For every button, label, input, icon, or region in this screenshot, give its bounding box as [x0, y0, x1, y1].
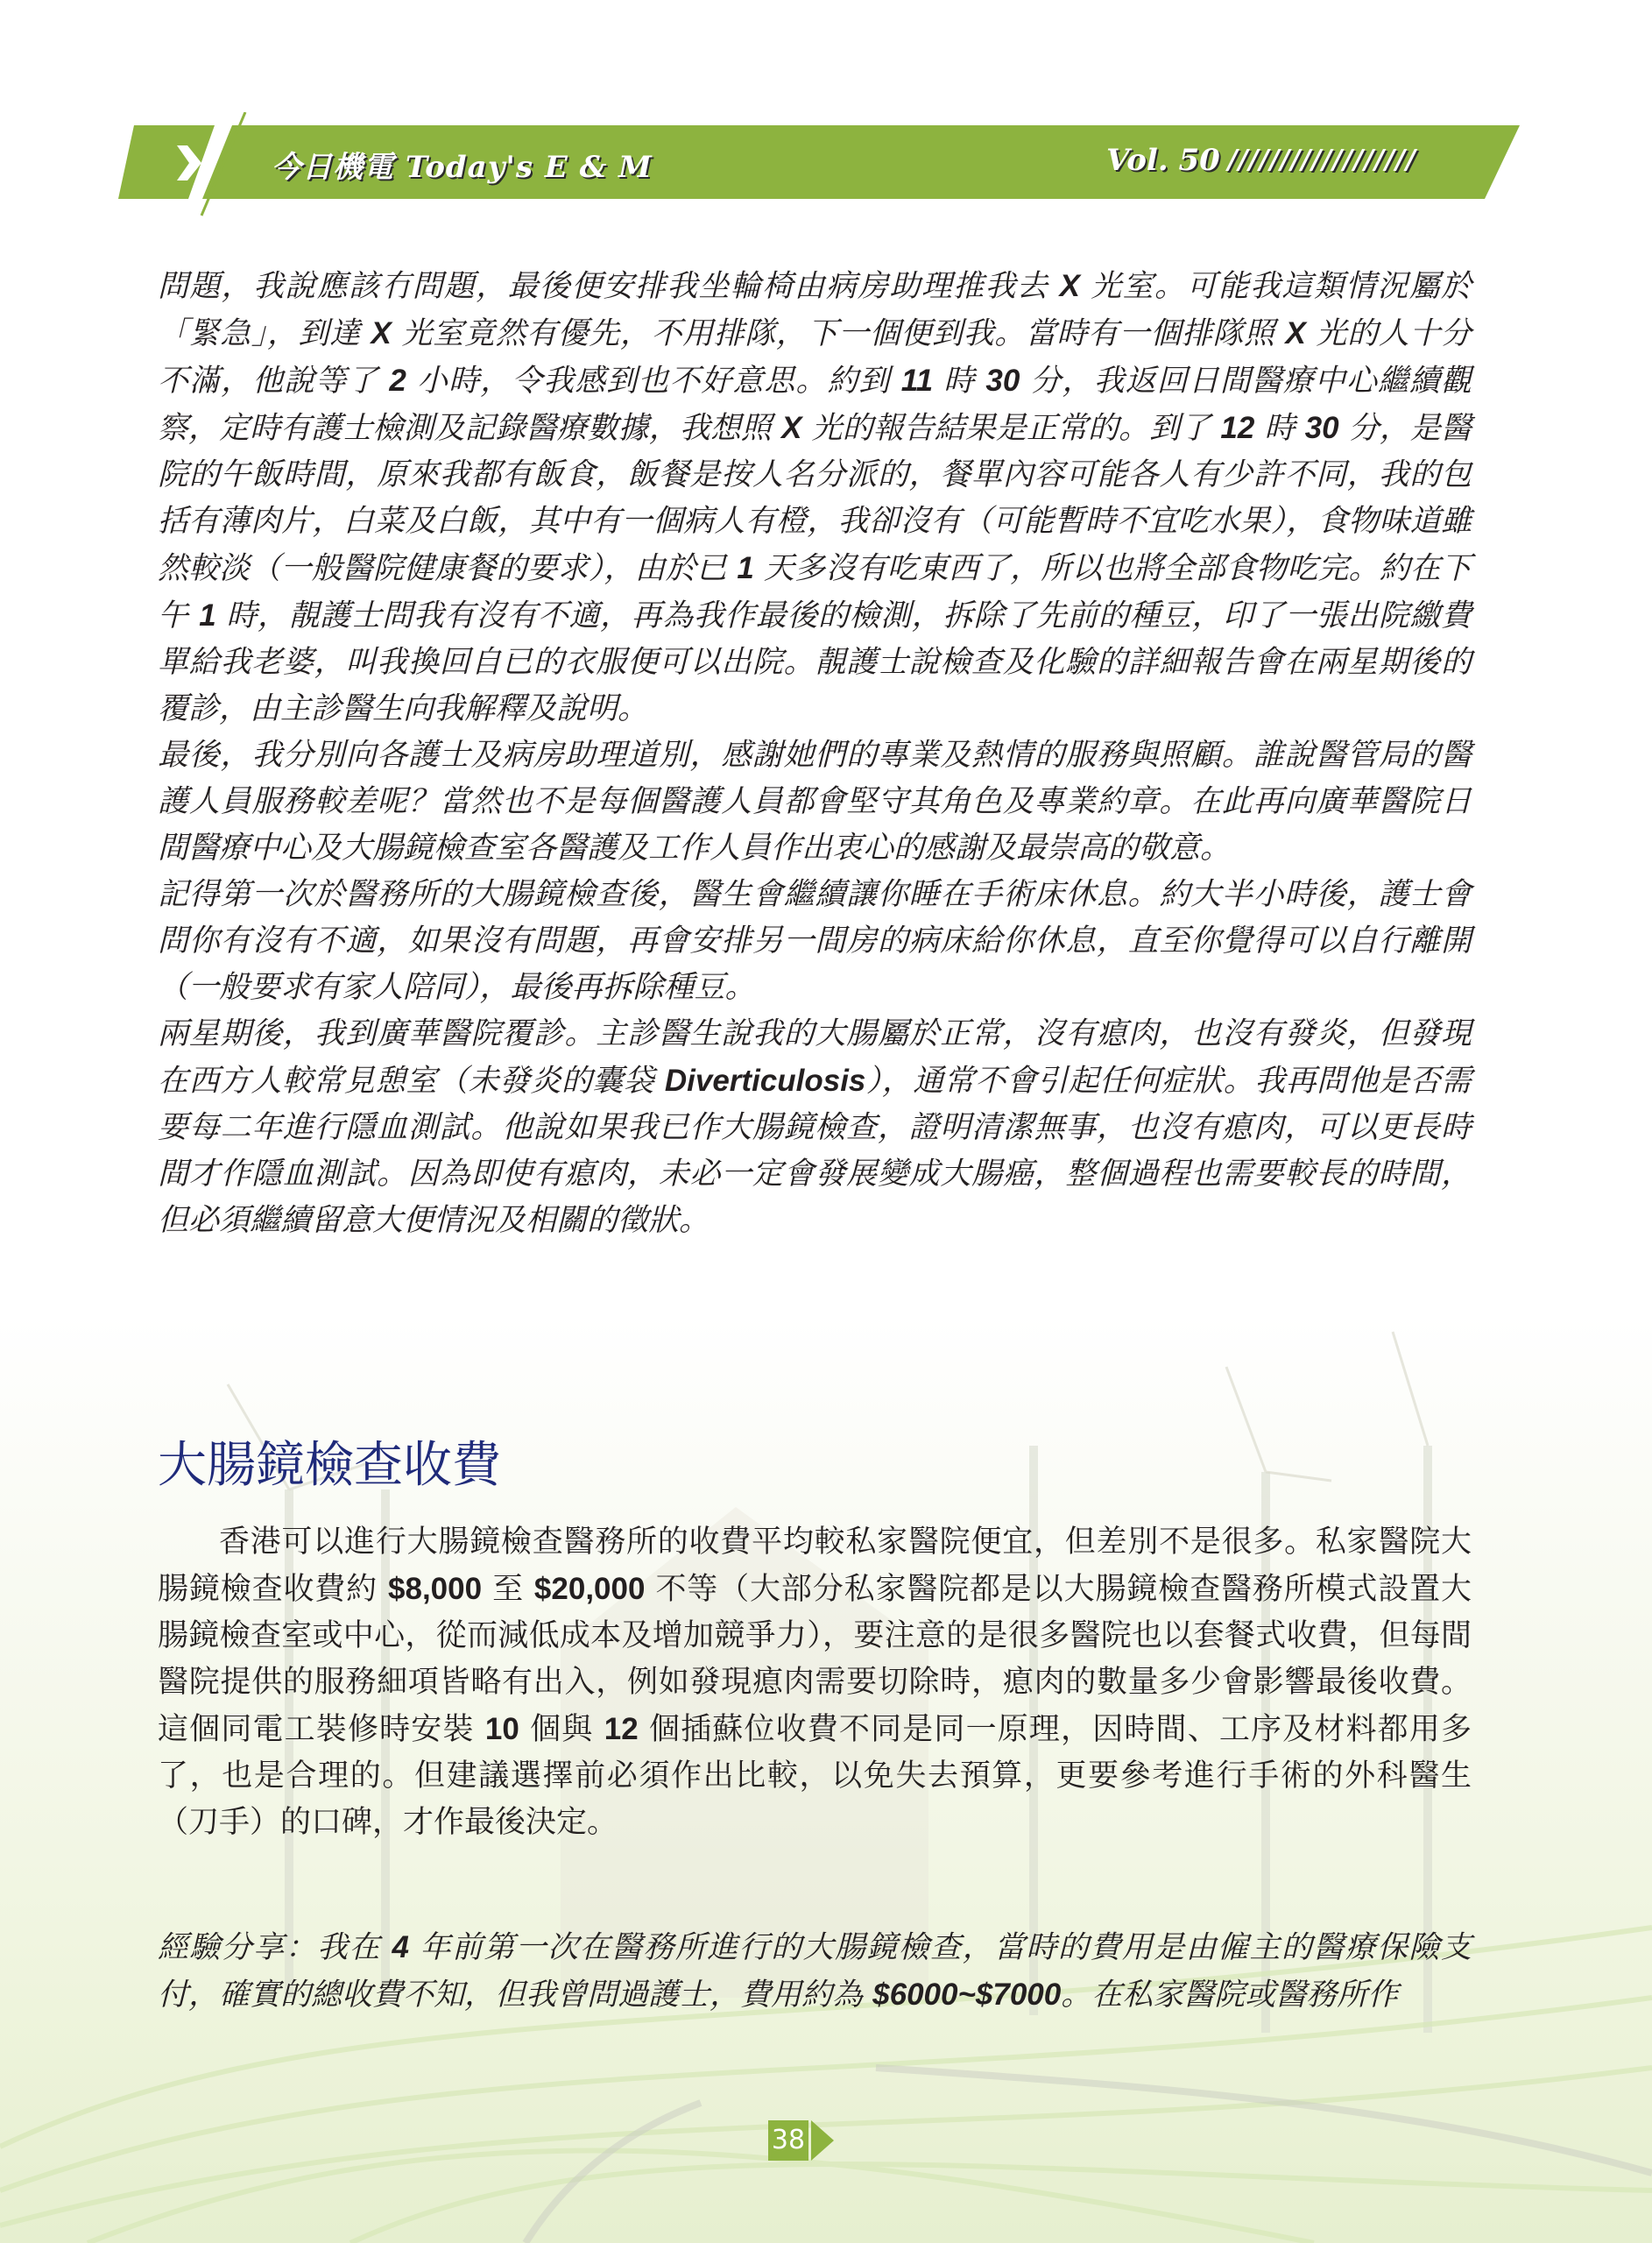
header-divider-slash: [197, 112, 250, 217]
volume-label: Vol. 50: [1106, 143, 1220, 178]
decorative-slashes: //////////////////: [1228, 145, 1416, 175]
experience-paragraph: 經驗分享：我在 4 年前第一次在醫務所進行的大腸鏡檢查，當時的費用是由僱主的醫療…: [158, 1924, 1472, 2019]
chevron-right-icon: [177, 145, 201, 180]
section-body: 香港可以進行大腸鏡檢查醫務所的收費平均較私家醫院便宜，但差別不是很多。私家醫院大…: [158, 1519, 1472, 1846]
magazine-header: 今日機電 Today's E & M Vol. 50 /////////////…: [0, 0, 1652, 228]
article-paragraph: 問題，我說應該冇問題，最後便安排我坐輪椅由病房助理推我去 X 光室。可能我這類情…: [158, 263, 1472, 732]
page-number-badge: 38: [768, 2120, 834, 2161]
triangle-right-icon: [811, 2120, 834, 2161]
magazine-title: 今日機電 Today's E & M: [272, 143, 653, 186]
section-heading: 大腸鏡檢查收費: [158, 1426, 501, 1497]
fees-paragraph: 香港可以進行大腸鏡檢查醫務所的收費平均較私家醫院便宜，但差別不是很多。私家醫院大…: [158, 1519, 1472, 1846]
experience-sharing: 經驗分享：我在 4 年前第一次在醫務所進行的大腸鏡檢查，當時的費用是由僱主的醫療…: [158, 1924, 1472, 2019]
article-paragraph: 最後，我分別向各護士及病房助理道別，感謝她們的專業及熱情的服務與照顧。誰說醫管局…: [158, 732, 1472, 872]
article-paragraph: 記得第一次於醫務所的大腸鏡檢查後，醫生會繼續讓你睡在手術床休息。約大半小時後，護…: [158, 872, 1472, 1011]
page-number: 38: [768, 2120, 808, 2161]
article-paragraph: 兩星期後，我到廣華醫院覆診。主診醫生說我的大腸屬於正常，沒有瘜肉，也沒有發炎，但…: [158, 1011, 1472, 1244]
article-body: 問題，我說應該冇問題，最後便安排我坐輪椅由病房助理推我去 X 光室。可能我這類情…: [158, 263, 1472, 1244]
